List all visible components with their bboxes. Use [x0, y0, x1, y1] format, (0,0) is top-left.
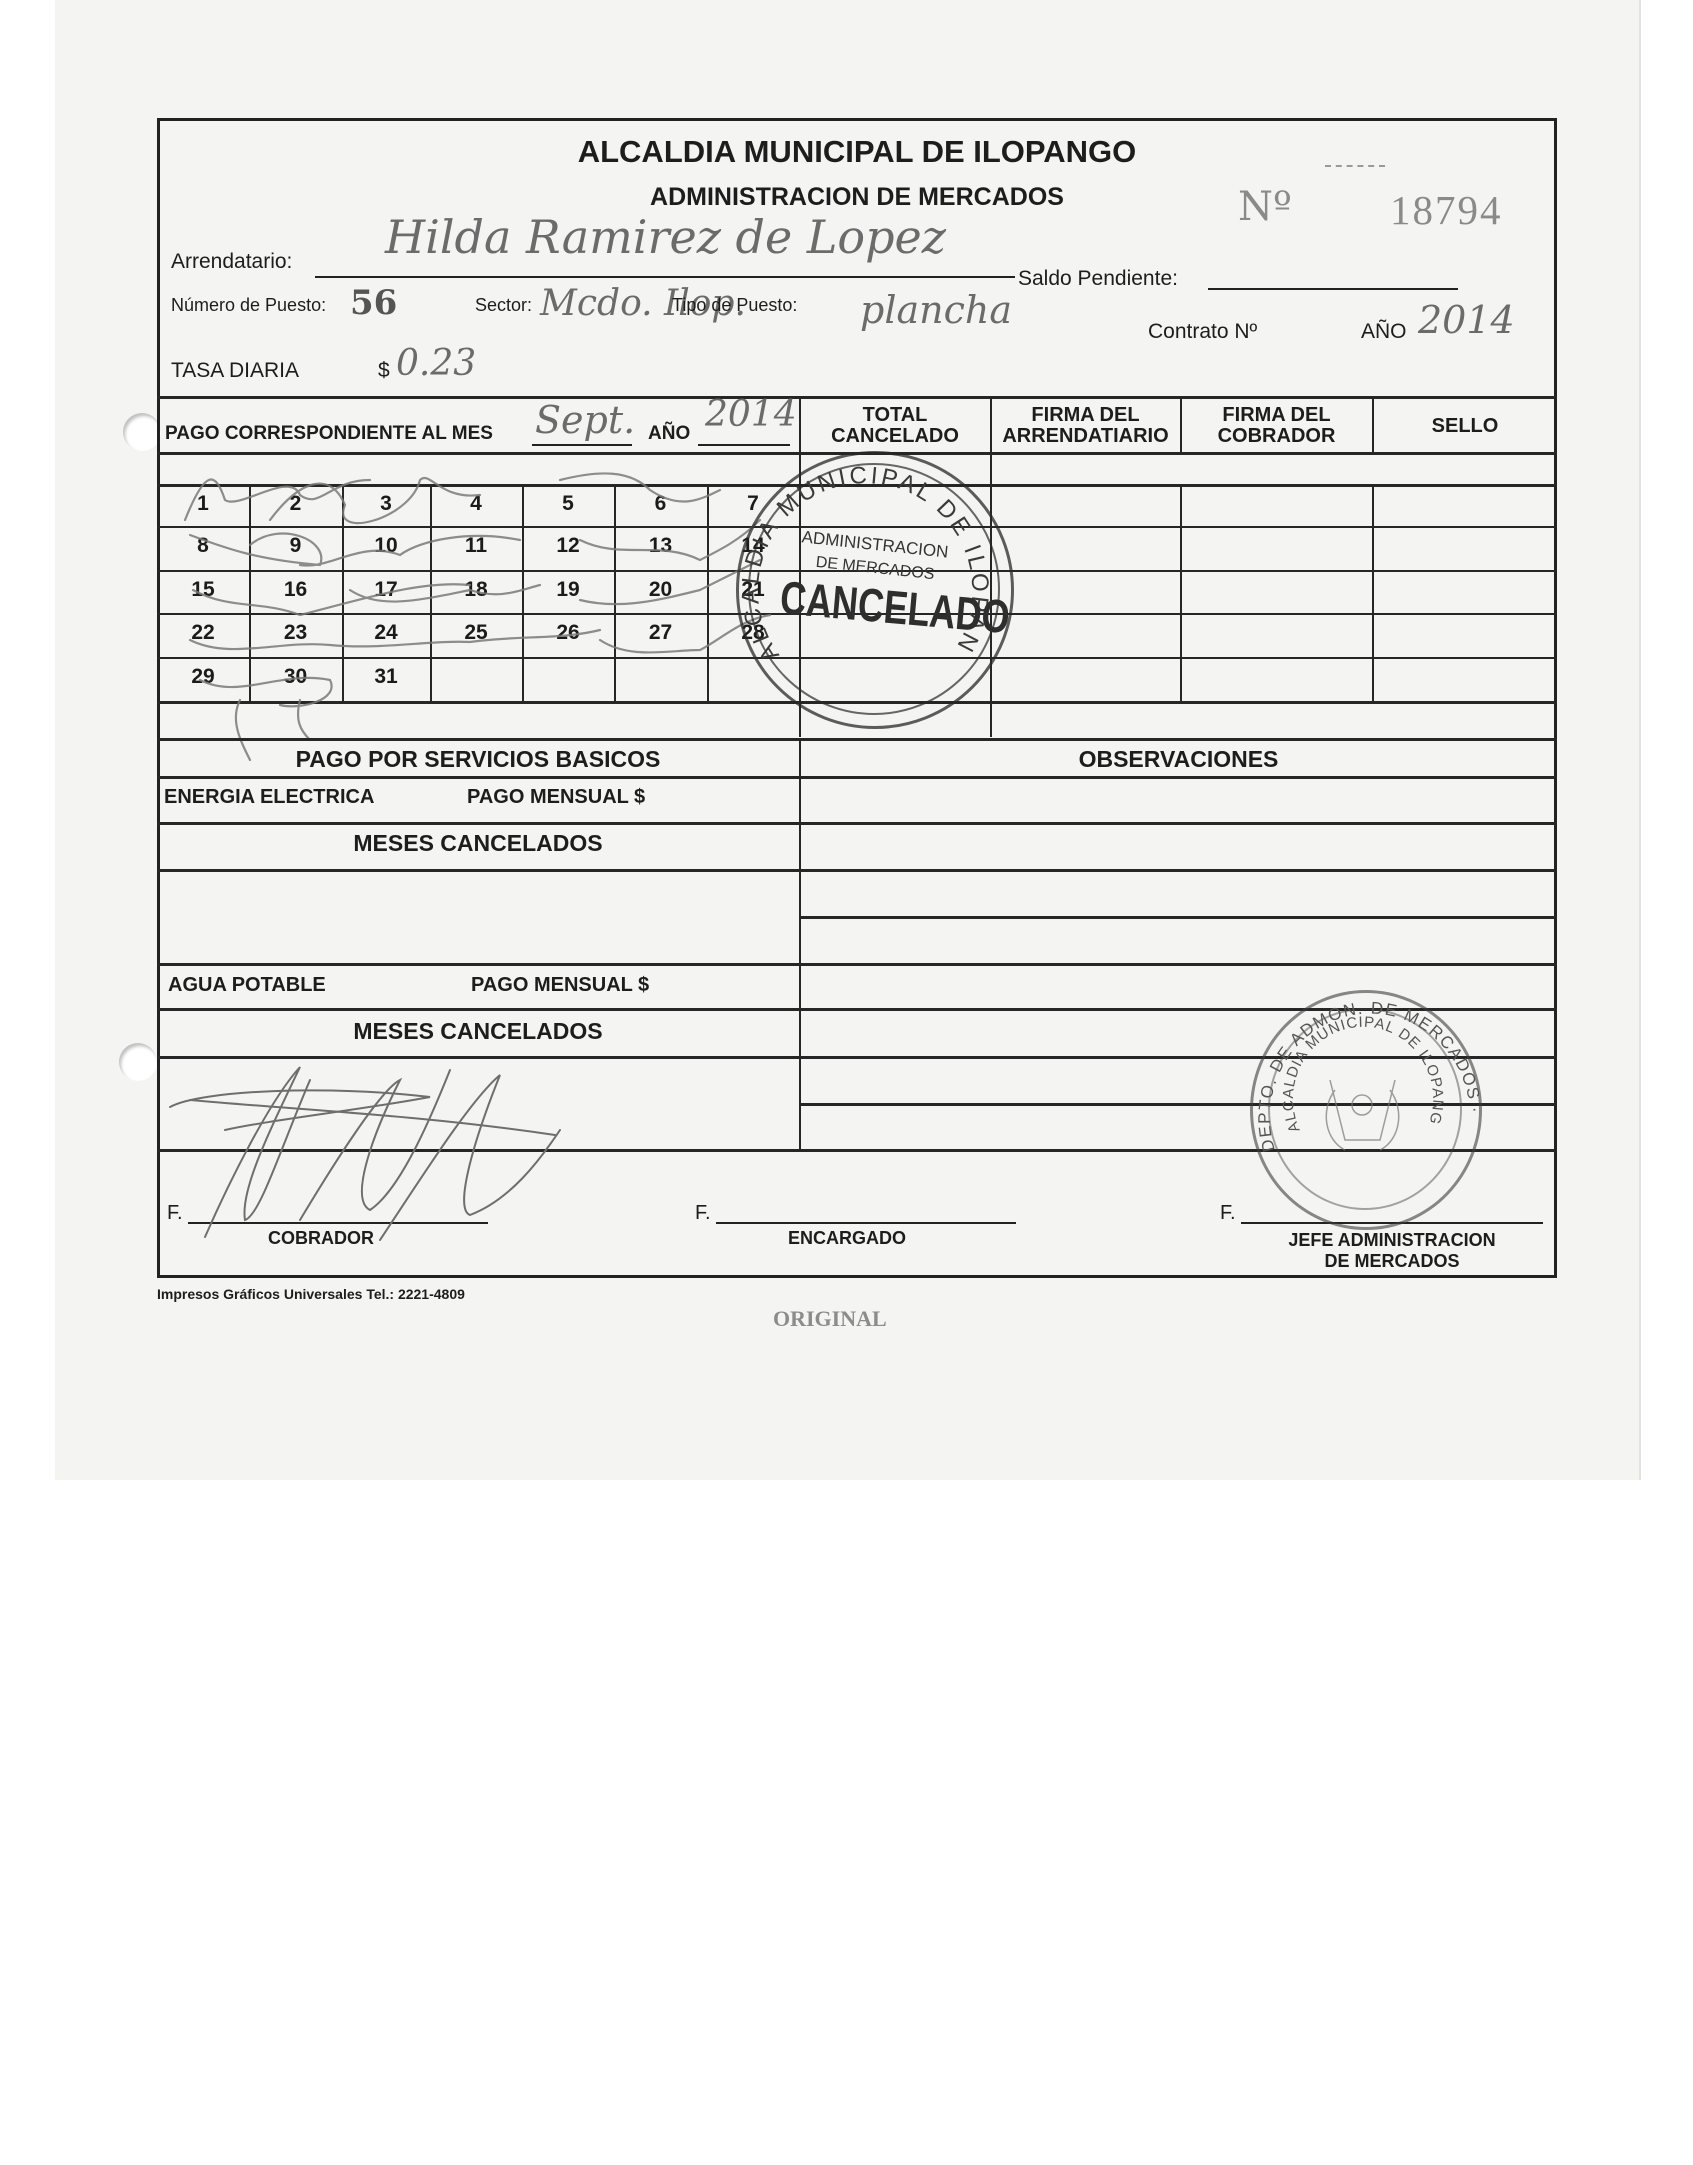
admin-seal-text: DEPTO. DE ADMON. DE MERCADOS · ADMINISTR… [0, 0, 1693, 1400]
svg-text:ALCALDIA MUNICIPAL DE ILOPANGO: ALCALDIA MUNICIPAL DE ILOPANGO [0, 0, 1446, 1135]
svg-text:DEPTO. DE ADMON. DE MERCADOS ·: DEPTO. DE ADMON. DE MERCADOS · ADMINISTR… [0, 0, 1485, 1154]
copy-label: ORIGINAL [773, 1306, 887, 1332]
printer-info: Impresos Gráficos Universales Tel.: 2221… [157, 1286, 465, 1302]
admin-seal-ring-text: DEPTO. DE ADMON. DE MERCADOS · ADMINISTR… [0, 0, 1485, 1154]
admin-seal-inner-text: ALCALDIA MUNICIPAL DE ILOPANGO [0, 0, 1446, 1135]
